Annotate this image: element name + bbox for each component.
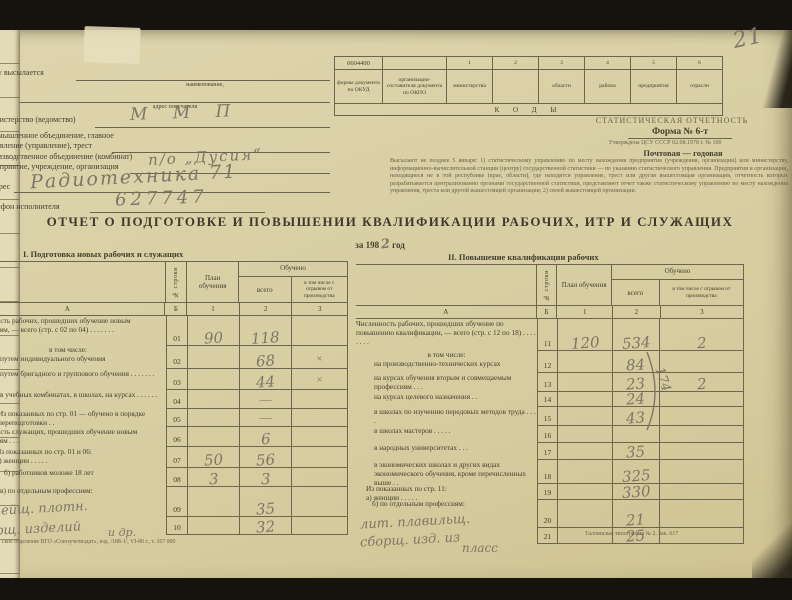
printed-row-label: в школах мастеров . . . . . [356, 426, 537, 436]
recipient-name-caption: наименование, [140, 82, 270, 88]
printed-row-label: б) по отдельным профессиям: [356, 500, 537, 509]
trained-offjob-cell: × [291, 369, 348, 390]
printed-row-label: на курсах целевого назначения . . [356, 392, 537, 402]
printed-row-label: путем индивидуального обучения [0, 354, 166, 364]
scanned-report-photo: 21 Кому высылается наименование, адрес п… [0, 0, 792, 600]
plan-cell [187, 354, 239, 369]
plan-cell [187, 487, 239, 497]
plan-cell [557, 359, 612, 373]
table-data-row: в школах мастеров . . . . .16 [356, 426, 744, 443]
trained-total-cell: 56 [239, 447, 291, 468]
printed-row-label: в) по отдельным профессиям: [0, 487, 166, 496]
printed-row-label: в народных университетах . . . [356, 443, 537, 453]
row-label-cell: Из показанных по стр. 01 — обучено в пор… [0, 409, 166, 427]
phone-field-value-handwritten: 627747 [115, 186, 208, 210]
handwritten-value: 3 [260, 470, 271, 489]
extra-note-left-handwritten: и др. [108, 526, 136, 539]
trained-total-cell: 44 [239, 369, 291, 390]
plan-column-header: План обучения [186, 262, 238, 302]
row-label-cell: сборщ. изд. из [356, 528, 537, 544]
trained-total-cell: 3 [239, 468, 291, 487]
trained-offjob-cell [291, 487, 348, 497]
row-number-cell [537, 500, 557, 510]
table-data-row: литейщ. плотн.0935 [0, 497, 348, 517]
plan-cell [557, 460, 612, 484]
row-label-cell: Из показанных по стр. 11: а) женщин . . … [356, 484, 537, 500]
row-number-cell: 05 [166, 409, 187, 427]
table-data-row: сборщ. изд. из2125 [356, 528, 744, 544]
row-number-cell: 18 [537, 460, 557, 484]
trained-offjob-cell [659, 460, 744, 484]
trained-offjob-cell [291, 316, 348, 346]
row-label-cell: на курсах обучения вторым и совмещаемым … [356, 373, 537, 392]
handwritten-value: 68 [255, 351, 275, 370]
row-number-cell: 19 [537, 484, 557, 500]
row-label-cell: на производственно-технических курсах [356, 359, 537, 373]
dash-mark: — [260, 392, 272, 407]
row-label-cell: в том числе: [0, 346, 166, 354]
plan-cell [187, 409, 239, 427]
table-data-row: в школах по изучению передовых методов т… [356, 407, 744, 426]
handwritten-value: 35 [626, 442, 646, 461]
row-number-cell: 04 [166, 390, 187, 409]
approval-note: Утверждена ЦСУ СССР 02.08.1978 г. № 100 [540, 140, 790, 146]
plan-cell [557, 373, 612, 392]
trained-total-header: всего [612, 280, 659, 305]
row-number-cell: 02 [166, 354, 187, 369]
codes-col-okpo: организации-составителя документа по ОКП… [383, 70, 447, 104]
row-number-cell: 03 [166, 369, 187, 390]
trained-total-cell: — [239, 390, 291, 409]
row-label-cell: Численность рабочих, прошедших обучение … [356, 319, 537, 351]
row-label-cell: в экономических школах и других видах эк… [356, 460, 537, 484]
plan-cell: 50 [187, 447, 239, 468]
table-data-row: в экономических школах и других видах эк… [356, 460, 744, 484]
trained-offjob-cell [291, 409, 348, 427]
row-number-column-header: № строки [543, 270, 550, 301]
table-data-row: сборщ. изделий1032 [0, 517, 348, 535]
row-number-cell [166, 487, 187, 497]
ministry-field-value-handwritten: М М П [130, 101, 241, 125]
printed-row-label: Численность служащих, прошедших обучение… [0, 427, 166, 446]
submission-instructions: Высылают не позднее 5 января: 1) статист… [390, 158, 788, 196]
recipient-line-label: Кому высылается [0, 68, 44, 77]
trained-offjob-cell: × [291, 354, 348, 369]
row-number-cell: 13 [537, 373, 557, 392]
row-number-cell: 01 [166, 316, 187, 346]
row-label-cell: в школах по изучению передовых методов т… [356, 407, 537, 426]
row-number-cell: 16 [537, 426, 557, 443]
section1-table: № строки План обучения Обучено всего в т… [0, 261, 348, 535]
row-label-cell: путем бригадного и группового обучения .… [0, 369, 166, 390]
trained-total-cell: 534 [612, 319, 659, 351]
handwritten-value: 120 [570, 333, 600, 353]
trained-offjob-cell [659, 392, 744, 407]
printed-row-label: в учебных комбинатах, в школах, на курса… [0, 390, 166, 400]
trained-total-cell: 21 [612, 510, 659, 528]
trained-offjob-cell [291, 427, 348, 447]
trained-offjob-cell: 2 [659, 319, 744, 351]
trained-column-header: Обучено [239, 262, 347, 277]
table-subheading-row: в том числе: [356, 351, 744, 359]
plan-cell [557, 500, 612, 510]
address-field-label: Адрес [0, 182, 10, 191]
handwritten-value: 24 [626, 389, 646, 408]
corner-shadow-bottom-right [752, 520, 792, 578]
table-data-row: Из показанных по стр. 11: а) женщин . . … [356, 484, 744, 500]
row-number-cell: 09 [166, 497, 187, 517]
handwritten-value: 32 [255, 517, 275, 536]
phone-field-label: Телефон исполнителя [0, 202, 60, 211]
org-field-label-line1: Производственное объединение (комбинат) [0, 152, 132, 161]
plan-cell [187, 517, 239, 535]
section2-heading: II. Повышение квалификации рабочих [448, 252, 599, 262]
plan-cell [187, 346, 239, 354]
plan-column-header: План обучения [556, 265, 611, 305]
trained-offjob-cell [291, 517, 348, 535]
plan-cell [557, 443, 612, 460]
row-label-cell: б) по отдельным профессиям: [356, 500, 537, 510]
trained-total-cell: — [239, 409, 291, 427]
printed-row-label: на производственно-технических курсах [356, 359, 537, 369]
row-label-cell: на курсах целевого назначения . . [356, 392, 537, 407]
printed-row-label: Численность рабочих, прошедших обучение … [356, 319, 537, 346]
row-number-cell [537, 351, 557, 359]
trained-total-header: всего [239, 277, 291, 302]
plan-cell [187, 497, 239, 517]
row-number-cell: 10 [166, 517, 187, 535]
row-label-cell: в том числе: [356, 351, 537, 359]
printed-row-label: в школах по изучению передовых методов т… [356, 407, 537, 426]
section2-table: № строки План обучения Обучено всего в т… [356, 264, 744, 544]
table-data-row: на курсах целевого назначения . .1424 [356, 392, 744, 407]
trained-offjob-cell [659, 407, 744, 426]
trained-offjob-cell [659, 510, 744, 528]
plan-cell [557, 484, 612, 500]
trained-offjob-cell [291, 497, 348, 517]
table-data-row: в народных университетах . . .1735 [356, 443, 744, 460]
trained-total-cell: 68 [239, 354, 291, 369]
statistical-reporting-caption: СТАТИСТИЧЕСКАЯ ОТЧЕТНОСТЬ [566, 116, 778, 125]
table-subheading-row: в) по отдельным профессиям: [0, 487, 348, 497]
plan-cell [557, 510, 612, 528]
handwritten-value: 44 [255, 372, 275, 391]
row-number-cell: 14 [537, 392, 557, 407]
plan-cell: 90 [187, 316, 239, 346]
trained-total-cell: 32 [239, 517, 291, 535]
row-number-cell: 06 [166, 427, 187, 447]
extra-note-right-handwritten: пласс [462, 541, 498, 555]
trained-total-cell: 35 [612, 443, 659, 460]
plan-cell [557, 426, 612, 443]
table-data-row: на курсах обучения вторым и совмещаемым … [356, 373, 744, 392]
report-year-line: за 1982год [260, 237, 500, 252]
row-number-cell: 21 [537, 528, 557, 544]
row-label-cell: Численность служащих, прошедших обучение… [0, 427, 166, 447]
trained-offjob-cell [291, 468, 348, 487]
handwritten-value: 6 [260, 430, 271, 449]
table-data-row: в учебных комбинатах, в школах, на курса… [0, 390, 348, 409]
trained-offjob-header: в том числе с отрывом от производства [659, 280, 743, 305]
union-field-label-line1: Промышленное объединение, главное [0, 131, 114, 140]
row-number-cell: 17 [537, 443, 557, 460]
background-bottom-band [0, 578, 792, 600]
codes-empty-cell [383, 57, 447, 70]
report-title: ОТЧЕТ О ПОДГОТОВКЕ И ПОВЫШЕНИИ КВАЛИФИКА… [40, 214, 740, 230]
row-label-cell: путем индивидуального обучения [0, 354, 166, 369]
row-label-cell: сборщ. изделий [0, 517, 166, 535]
plan-cell [557, 392, 612, 407]
row-number-column-header: № строки [172, 267, 179, 298]
row-number-cell: 08 [166, 468, 187, 487]
table-data-row: б) работников моложе 18 лет0833 [0, 468, 348, 487]
plan-cell [187, 369, 239, 390]
trained-offjob-cell [659, 351, 744, 359]
okud-number: 0604400 [335, 57, 383, 70]
table-data-row: Численность рабочих, прошедших обучение … [356, 319, 744, 351]
form-number: Форма № 6-т [628, 127, 732, 139]
plan-cell [187, 427, 239, 447]
ministry-field-label: Министерство (ведомство) [0, 115, 76, 124]
trained-total-cell: 35 [239, 497, 291, 517]
paper-corner-patch [83, 26, 140, 64]
plan-cell [187, 390, 239, 409]
codes-table: 0604400 1 2 3 4 5 6 формы документа по О… [334, 56, 723, 116]
row-label-cell: в школах мастеров . . . . . [356, 426, 537, 443]
trained-offjob-cell [659, 443, 744, 460]
trained-offjob-cell [659, 359, 744, 373]
dash-mark: — [260, 410, 272, 425]
table-data-row: лит. плавильщ.2021 [356, 510, 744, 528]
row-label-cell: литейщ. плотн. [0, 497, 166, 517]
handwritten-value: 2 [696, 334, 707, 353]
x-mark: × [316, 353, 322, 365]
trained-total-cell: 330 [612, 484, 659, 500]
x-mark: × [316, 374, 322, 386]
plan-cell [557, 407, 612, 426]
codes-col-okud: формы документа по ОКУД [335, 70, 383, 104]
plan-cell [557, 351, 612, 359]
row-number-cell [166, 346, 187, 354]
row-number-cell: 12 [537, 359, 557, 373]
row-number-cell: 11 [537, 319, 557, 351]
handwritten-value: 84 [626, 355, 646, 374]
union-field-label-line2: управление (управление), трест [0, 141, 92, 150]
printed-row-label: на курсах обучения вторым и совмещаемым … [356, 373, 537, 392]
row-label-cell: Из показанных по стр. 01 и 06: а) женщин… [0, 447, 166, 468]
table-subheading-row: в том числе: [0, 346, 348, 354]
table-subheading-row: б) по отдельным профессиям: [356, 500, 744, 510]
printed-row-label: Из показанных по стр. 01 и 06: а) женщин… [0, 447, 166, 466]
trained-total-cell: 118 [239, 316, 291, 346]
table-data-row: путем индивидуального обучения0268× [0, 354, 348, 369]
trained-offjob-cell [291, 447, 348, 468]
handwritten-value: 90 [203, 328, 223, 347]
row-label-cell: в народных университетах . . . [356, 443, 537, 460]
handwritten-value: 118 [251, 328, 281, 348]
postal-periodicity: Почтовая — годовая [598, 148, 768, 158]
row-number-cell: 20 [537, 510, 557, 528]
handwritten-value: 35 [255, 499, 275, 518]
plan-cell: 120 [557, 319, 612, 351]
row-label-cell: в учебных комбинатах, в школах, на курса… [0, 390, 166, 409]
trained-offjob-cell [659, 484, 744, 500]
trained-total-cell [612, 500, 659, 510]
right-footer-imprint: Таллинская типография № 2. Зак. 617 [585, 531, 678, 537]
handwritten-value: 3 [208, 470, 219, 489]
section1-heading: I. Подготовка новых рабочих и служащих [23, 249, 183, 259]
row-label-cell: б) работников моложе 18 лет [0, 468, 166, 487]
table-data-row: Из показанных по стр. 01 — обучено в пор… [0, 409, 348, 427]
trained-column-header: Обучено [612, 265, 743, 280]
row-label-cell: лит. плавильщ. [356, 510, 537, 528]
handwritten-value: 50 [203, 450, 223, 469]
row-number-cell: 15 [537, 407, 557, 426]
printed-row-label: Численность рабочих, прошедших обучение … [0, 316, 166, 335]
trained-offjob-cell [659, 426, 744, 443]
table-data-row: путем бригадного и группового обучения .… [0, 369, 348, 390]
table-data-row: на производственно-технических курсах128… [356, 359, 744, 373]
year-digit-handwritten: 2 [380, 237, 391, 253]
row-label-cell: Численность рабочих, прошедших обучение … [0, 316, 166, 346]
printed-row-label: путем бригадного и группового обучения .… [0, 369, 166, 379]
left-footer-imprint: ское отделение ВГО «Союзучетиздат», изд.… [2, 539, 175, 545]
codes-kody-caption: К О Д Ы [335, 104, 723, 116]
trained-offjob-cell [659, 500, 744, 510]
handwritten-value: 2 [696, 375, 707, 394]
trained-offjob-header: в том числе с отрывом от производства [291, 277, 348, 302]
handwritten-value: 43 [626, 408, 646, 427]
printed-row-label: б) работников моложе 18 лет [0, 468, 166, 478]
table-data-row: Численность служащих, прошедших обучение… [0, 427, 348, 447]
table-data-row: Численность рабочих, прошедших обучение … [0, 316, 348, 346]
trained-total-cell [239, 487, 291, 497]
trained-total-cell: 325 [612, 460, 659, 484]
printed-row-label: Из показанных по стр. 01 — обучено в пор… [0, 409, 166, 428]
recipient-blank-line [76, 79, 330, 81]
plan-cell: 3 [187, 468, 239, 487]
table-data-row: Из показанных по стр. 01 и 06: а) женщин… [0, 447, 348, 468]
handwritten-value: 56 [255, 450, 275, 469]
trained-offjob-cell [291, 390, 348, 409]
row-number-cell: 07 [166, 447, 187, 468]
trained-total-cell: 6 [239, 427, 291, 447]
handwritten-value: 330 [621, 482, 651, 502]
